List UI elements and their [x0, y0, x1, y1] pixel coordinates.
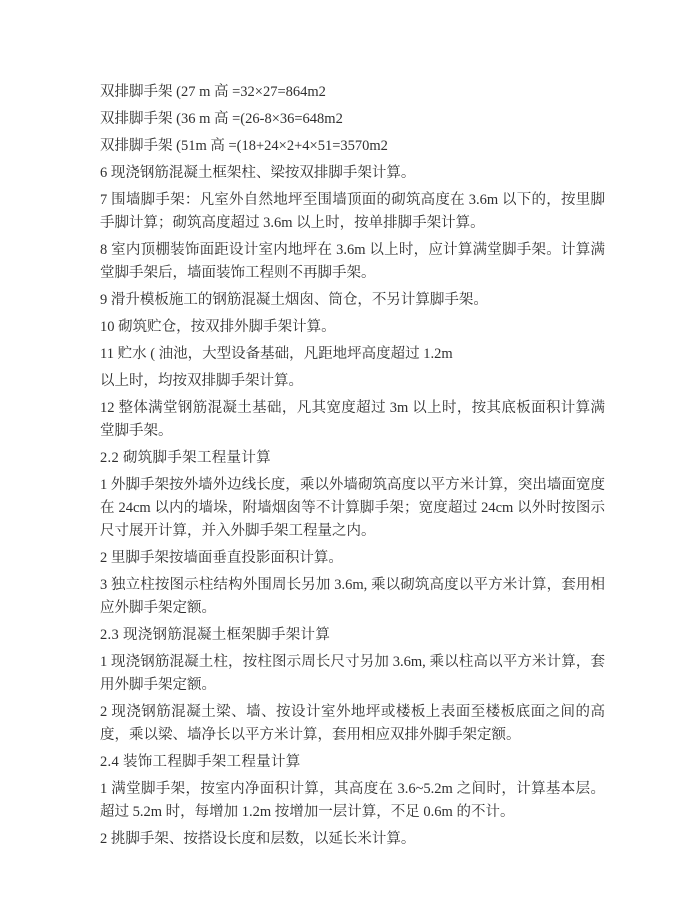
document-paragraph: 1 满堂脚手架，按室内净面积计算，其高度在 3.6~5.2m 之间时，计算基本层… — [100, 778, 605, 824]
document-paragraph: 11 贮水 ( 油池，大型设备基础，凡距地坪高度超过 1.2m — [100, 343, 605, 366]
document-paragraph: 3 独立柱按图示柱结构外围周长另加 3.6m, 乘以砌筑高度以平方米计算，套用相… — [100, 574, 605, 620]
document-paragraph: 2 里脚手架按墙面垂直投影面积计算。 — [100, 547, 605, 570]
document-paragraph: 2 现浇钢筋混凝土梁、墙、按设计室外地坪或楼板上表面至楼板底面之间的高度，乘以梁… — [100, 701, 605, 747]
document-paragraph: 6 现浇钢筋混凝土框架柱、梁按双排脚手架计算。 — [100, 162, 605, 185]
document-paragraph: 双排脚手架 (51m 高 =(18+24×2+4×51=3570m2 — [100, 135, 605, 158]
section-heading-2-3: 2.3 现浇钢筋混凝土框架脚手架计算 — [100, 624, 605, 647]
document-page: 双排脚手架 (27 m 高 =32×27=864m2 双排脚手架 (36 m 高… — [0, 0, 700, 905]
document-paragraph: 以上时，均按双排脚手架计算。 — [100, 370, 605, 393]
document-paragraph: 8 室内顶棚装饰面距设计室内地坪在 3.6m 以上时，应计算满堂脚手架。计算满堂… — [100, 239, 605, 285]
document-paragraph: 1 外脚手架按外墙外边线长度，乘以外墙砌筑高度以平方米计算，突出墙面宽度在 24… — [100, 474, 605, 543]
document-paragraph: 双排脚手架 (36 m 高 =(26-8×36=648m2 — [100, 108, 605, 131]
document-paragraph: 7 围墙脚手架：凡室外自然地坪至围墙顶面的砌筑高度在 3.6m 以下的，按里脚手… — [100, 189, 605, 235]
document-paragraph: 9 滑升模板施工的钢筋混凝土烟囱、筒仓，不另计算脚手架。 — [100, 289, 605, 312]
document-paragraph: 10 砌筑贮仓，按双排外脚手架计算。 — [100, 316, 605, 339]
document-paragraph: 双排脚手架 (27 m 高 =32×27=864m2 — [100, 81, 605, 104]
section-heading-2-4: 2.4 装饰工程脚手架工程量计算 — [100, 751, 605, 774]
document-text-block: 双排脚手架 (27 m 高 =32×27=864m2 双排脚手架 (36 m 高… — [100, 81, 605, 851]
document-paragraph: 12 整体满堂钢筋混凝土基础，凡其宽度超过 3m 以上时，按其底板面积计算满堂脚… — [100, 397, 605, 443]
document-paragraph: 2 挑脚手架、按搭设长度和层数，以延长米计算。 — [100, 828, 605, 851]
document-paragraph: 1 现浇钢筋混凝土柱，按柱图示周长尺寸另加 3.6m, 乘以柱高以平方米计算，套… — [100, 651, 605, 697]
section-heading-2-2: 2.2 砌筑脚手架工程量计算 — [100, 447, 605, 470]
